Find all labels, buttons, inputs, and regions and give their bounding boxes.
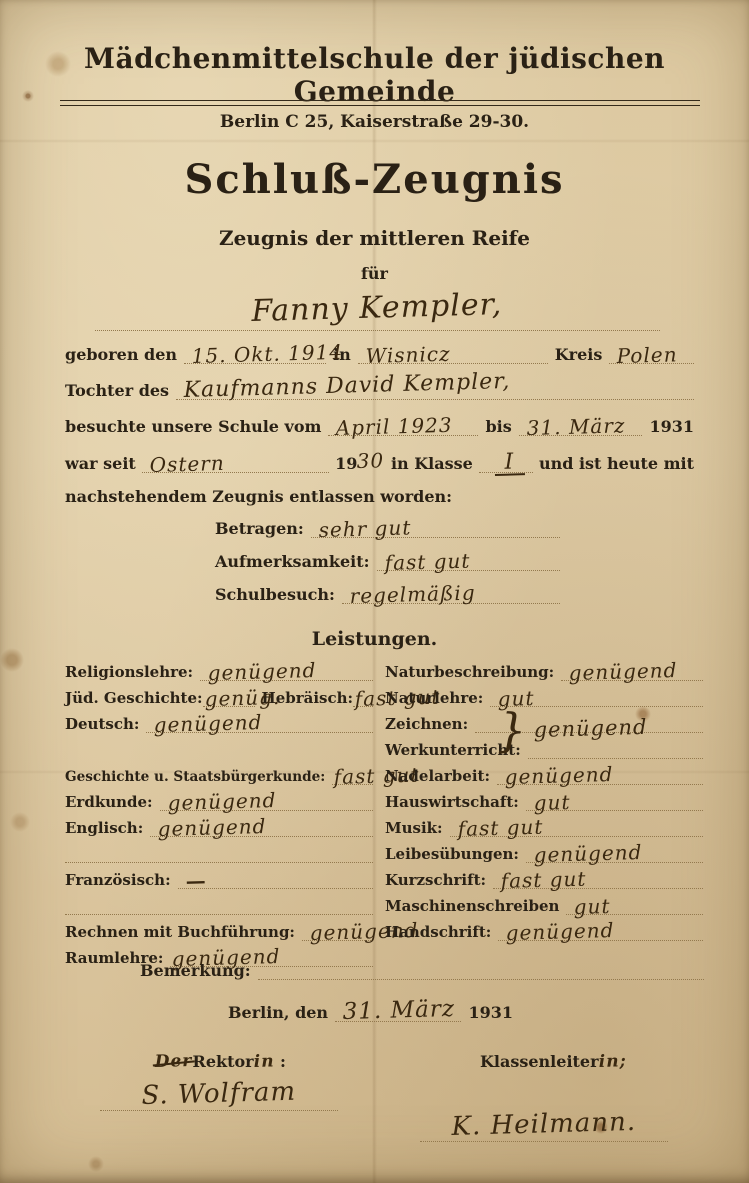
- franzoesisch-label: Französisch:: [65, 871, 171, 889]
- certificate-title: Schluß-Zeugnis: [0, 156, 749, 203]
- district-label: Kreis: [555, 345, 603, 364]
- class-teacher-label-group: Klassenleiterin;: [480, 1052, 627, 1072]
- rektor-colon: :: [280, 1052, 286, 1071]
- leibesuebungen-value: genügend: [533, 842, 642, 865]
- leibesuebungen-line: genügend: [526, 843, 703, 863]
- hauswirtschaft-line: gut: [526, 791, 703, 811]
- erdkunde-value: genügend: [167, 790, 276, 813]
- leibesuebungen-label: Leibesübungen:: [385, 845, 519, 863]
- maschinenschreiben-value: gut: [574, 896, 611, 917]
- naturbeschreibung-line: genügend: [561, 661, 703, 681]
- maschinenschreiben-line: gut: [566, 895, 703, 915]
- since-line: Ostern: [142, 451, 329, 473]
- staatsbuergerkunde-line: fast gut: [332, 765, 373, 785]
- class-teacher-signature-line: K. Heilmann.: [420, 1111, 668, 1142]
- deutsch-value: genügend: [154, 712, 263, 735]
- conduct-block: Betragen: sehr gut Aufmerksamkeit: fast …: [215, 516, 560, 604]
- father-line: Kaufmanns David Kempler,: [176, 378, 694, 400]
- daughter-label: Tochter des: [65, 381, 169, 400]
- conduct-row-schulbesuch: Schulbesuch: regelmäßig: [215, 582, 560, 604]
- betragen-line: sehr gut: [311, 516, 560, 538]
- attended-label: besuchte unsere Schule vom: [65, 417, 321, 436]
- aufmerksamkeit-label: Aufmerksamkeit:: [215, 552, 370, 571]
- header-double-rule: [60, 100, 700, 106]
- aufmerksamkeit-value: fast gut: [384, 551, 470, 573]
- class-teacher-label: Klassenleiter: [480, 1052, 599, 1071]
- grade-row-maschinenschreiben: Maschinenschreiben gut: [385, 889, 703, 915]
- musik-value: fast gut: [457, 817, 543, 839]
- student-name-line: Fanny Kempler,: [95, 294, 660, 331]
- for-label: für: [0, 264, 749, 283]
- englisch-label: Englisch:: [65, 819, 143, 837]
- aufmerksamkeit-line: fast gut: [377, 549, 561, 571]
- erdkunde-line: genügend: [160, 791, 373, 811]
- date-year: 1931: [468, 1003, 513, 1022]
- englisch-line: genügend: [150, 817, 373, 837]
- kurzschrift-label: Kurzschrift:: [385, 871, 486, 889]
- since-value: Ostern: [149, 453, 225, 475]
- brace-value: genügend: [534, 715, 648, 742]
- birth-date: 15. Okt. 1914: [191, 342, 343, 366]
- grade-row-hauswirtschaft: Hauswirtschaft: gut: [385, 785, 703, 811]
- date-value: 31. März: [342, 998, 455, 1024]
- rektor-label-group: DerRektorin :: [155, 1052, 286, 1072]
- class-row: war seit Ostern 19 30 in Klasse I und is…: [65, 449, 694, 473]
- grade-row-kurzschrift: Kurzschrift: fast gut: [385, 863, 703, 889]
- conduct-row-aufmerksamkeit: Aufmerksamkeit: fast gut: [215, 549, 560, 571]
- class-teacher-added-suffix: in;: [598, 1051, 627, 1072]
- grade-row-leibesuebungen: Leibesübungen: genügend: [385, 837, 703, 863]
- conduct-row-betragen: Betragen: sehr gut: [215, 516, 560, 538]
- nadelarbeit-label: Nadelarbeit:: [385, 767, 490, 785]
- attended-from: April 1923: [336, 415, 453, 438]
- class-teacher-signature: K. Heilmann.: [451, 1106, 636, 1143]
- since-label: war seit: [65, 454, 136, 473]
- rektor-signature-line: S. Wolfram: [100, 1080, 338, 1111]
- class-label: in Klasse: [391, 454, 473, 473]
- grade-row-franzoesisch: Französisch: —: [65, 863, 373, 889]
- hauswirtschaft-label: Hauswirtschaft:: [385, 793, 519, 811]
- grade-row-handschrift: Handschrift: genügend: [385, 915, 703, 941]
- handschrift-line: genügend: [498, 921, 703, 941]
- remark-line: [258, 958, 704, 980]
- grade-row-staatsbuergerkunde: Geschichte u. Staatsbürgerkunde: fast gu…: [65, 759, 373, 785]
- remark-label: Bemerkung:: [140, 961, 251, 980]
- kurzschrift-line: fast gut: [493, 869, 703, 889]
- district-line: Polen: [609, 342, 694, 364]
- father-name: Kaufmanns David Kempler,: [183, 371, 510, 402]
- year-written: 30: [357, 448, 385, 473]
- jued-geschichte-value: genüg.: [204, 687, 280, 709]
- religionslehre-label: Religionslehre:: [65, 663, 193, 681]
- birth-place-line: Wisnicz: [358, 342, 548, 364]
- date-line: 31. März: [335, 1000, 461, 1022]
- certificate-document: Mädchenmittelschule der jüdischen Gemein…: [0, 0, 749, 1183]
- rektor-struck-word: Der: [154, 1051, 192, 1072]
- attended-from-line: April 1923: [328, 414, 478, 436]
- grade-row-religionslehre: Religionslehre: genügend: [65, 655, 373, 681]
- attended-until-line: 31. März: [519, 414, 643, 436]
- religionslehre-value: genügend: [208, 660, 317, 683]
- schulbesuch-label: Schulbesuch:: [215, 585, 335, 604]
- betragen-label: Betragen:: [215, 519, 304, 538]
- kurzschrift-value: fast gut: [500, 869, 586, 891]
- naturbeschreibung-value: genügend: [569, 660, 678, 683]
- grades-left-column: Religionslehre: genügend Jüd. Geschichte…: [65, 655, 373, 967]
- blank-dotted-row: [65, 889, 373, 915]
- closing-line: nachstehendem Zeugnis entlassen worden:: [65, 487, 452, 506]
- religionslehre-line: genügend: [200, 661, 373, 681]
- until-label: bis: [485, 417, 511, 436]
- district-value: Polen: [617, 344, 678, 366]
- grade-row-englisch: Englisch: genügend: [65, 811, 373, 837]
- musik-label: Musik:: [385, 819, 443, 837]
- schulbesuch-value: regelmäßig: [349, 582, 475, 606]
- certificate-subtitle: Zeugnis der mittleren Reife: [0, 226, 749, 250]
- remark-row: Bemerkung:: [140, 958, 704, 980]
- hebraeisch-line: fast gut: [353, 687, 373, 707]
- year-prefix: 19: [335, 454, 357, 473]
- class-value: I: [494, 451, 524, 476]
- blank-dotted-row: [65, 837, 373, 863]
- franzoesisch-line: —: [178, 869, 373, 889]
- rektor-signature: S. Wolfram: [141, 1076, 296, 1112]
- zeichnen-werkunterricht-brace: } genügend: [497, 703, 648, 757]
- rechnen-label: Rechnen mit Buchführung:: [65, 923, 295, 941]
- rechnen-line: genügend: [302, 921, 373, 941]
- grade-row-nadelarbeit: Nadelarbeit: genügend: [385, 759, 703, 785]
- schulbesuch-line: regelmäßig: [342, 582, 560, 604]
- betragen-value: sehr gut: [318, 517, 411, 540]
- staatsbuergerkunde-label: Geschichte u. Staatsbürgerkunde:: [65, 769, 325, 785]
- school-address: Berlin C 25, Kaiserstraße 29-30.: [0, 112, 749, 132]
- musik-line: fast gut: [450, 817, 703, 837]
- born-label: geboren den: [65, 345, 177, 364]
- grade-row-jued-geschichte: Jüd. Geschichte: genüg. Hebräisch: fast …: [65, 681, 373, 707]
- deutsch-label: Deutsch:: [65, 715, 139, 733]
- erdkunde-label: Erdkunde:: [65, 793, 153, 811]
- header: Mädchenmittelschule der jüdischen Gemein…: [0, 42, 749, 132]
- grade-row-rechnen: Rechnen mit Buchführung: genügend: [65, 915, 373, 941]
- birth-row: geboren den 15. Okt. 1914 in Wisnicz Kre…: [65, 342, 694, 364]
- hauswirtschaft-value: gut: [533, 792, 570, 813]
- place-label: Berlin, den: [228, 1003, 328, 1022]
- naturlehre-label: Naturlehre:: [385, 689, 483, 707]
- franzoesisch-value: —: [185, 870, 207, 891]
- maschinenschreiben-label: Maschinenschreiben: [385, 897, 559, 915]
- father-row: Tochter des Kaufmanns David Kempler,: [65, 378, 694, 400]
- grade-row-musik: Musik: fast gut: [385, 811, 703, 837]
- rektor-label: Rektor: [193, 1052, 254, 1071]
- class-tail: und ist heute mit: [539, 454, 694, 473]
- deutsch-line: genügend: [146, 713, 373, 733]
- brace-glyph: }: [497, 705, 526, 755]
- grade-row-deutsch: Deutsch: genügend: [65, 707, 373, 733]
- nadelarbeit-line: genügend: [497, 765, 703, 785]
- date-row: Berlin, den 31. März 1931: [228, 1000, 513, 1022]
- nadelarbeit-value: genügend: [504, 764, 613, 787]
- school-name: Mädchenmittelschule der jüdischen Gemein…: [0, 42, 749, 108]
- handschrift-label: Handschrift:: [385, 923, 491, 941]
- englisch-value: genügend: [158, 816, 267, 839]
- attended-until-year: 1931: [649, 417, 694, 436]
- grades-right-column: Naturbeschreibung: genügend Naturlehre: …: [385, 655, 703, 941]
- attended-until: 31. März: [526, 415, 625, 438]
- naturbeschreibung-label: Naturbeschreibung:: [385, 663, 554, 681]
- class-line: I: [479, 451, 533, 473]
- birth-place: Wisnicz: [365, 344, 450, 366]
- grade-row-erdkunde: Erdkunde: genügend: [65, 785, 373, 811]
- birth-date-line: 15. Okt. 1914: [184, 342, 326, 364]
- jued-geschichte-label: Jüd. Geschichte:: [65, 689, 203, 707]
- jued-geschichte-line: genüg.: [203, 687, 255, 707]
- rektor-added-suffix: in: [253, 1051, 274, 1072]
- student-name: Fanny Kempler,: [251, 287, 503, 330]
- grades-heading: Leistungen.: [0, 628, 749, 650]
- zeichnen-label: Zeichnen:: [385, 715, 468, 733]
- grade-row-naturbeschreibung: Naturbeschreibung: genügend: [385, 655, 703, 681]
- attendance-row: besuchte unsere Schule vom April 1923 bi…: [65, 414, 694, 436]
- handschrift-value: genügend: [506, 920, 615, 943]
